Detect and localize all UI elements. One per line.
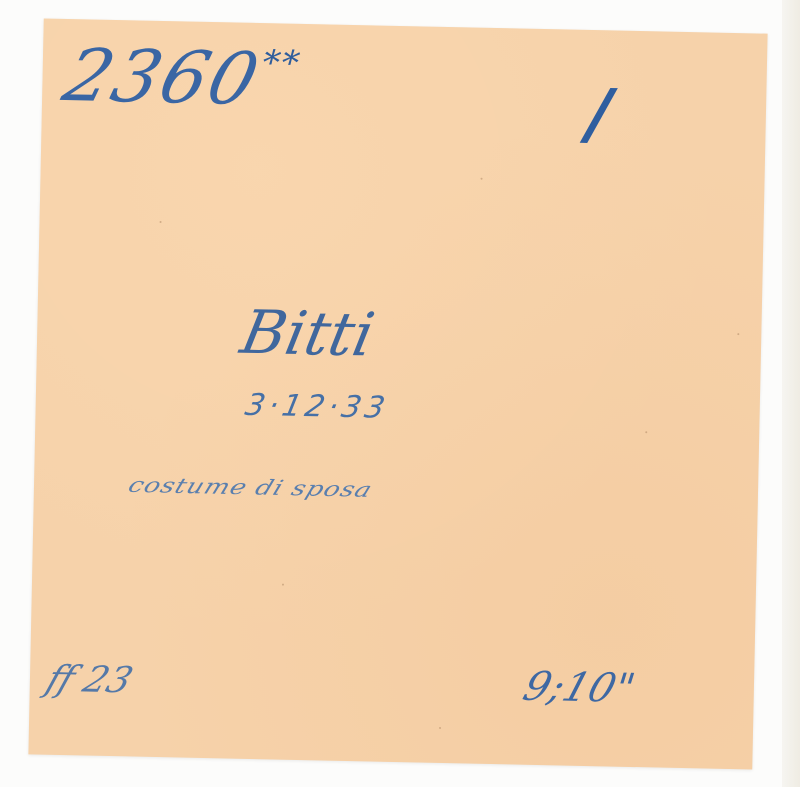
roman-numeral: I (562, 72, 634, 160)
card-caption: costume di sposa (125, 473, 376, 502)
card-date: 3·12·33 (242, 388, 391, 426)
bottom-right-note: 9;10" (518, 664, 640, 712)
adjacent-page-edge (782, 0, 800, 787)
card-title: Bitti (235, 298, 379, 370)
bottom-left-note: ff 23 (41, 659, 138, 701)
paper-speck (439, 727, 441, 729)
paper-speck (481, 178, 483, 180)
index-card: 2360** I Bitti 3·12·33 costume di sposa … (28, 18, 767, 769)
paper-speck (645, 431, 647, 433)
paper-speck (160, 221, 162, 223)
inventory-number-value: 2360 (55, 33, 269, 121)
inventory-number: 2360** (55, 33, 307, 121)
paper-speck (282, 584, 284, 586)
scan-background: 2360** I Bitti 3·12·33 costume di sposa … (0, 0, 800, 787)
paper-speck (737, 333, 739, 335)
